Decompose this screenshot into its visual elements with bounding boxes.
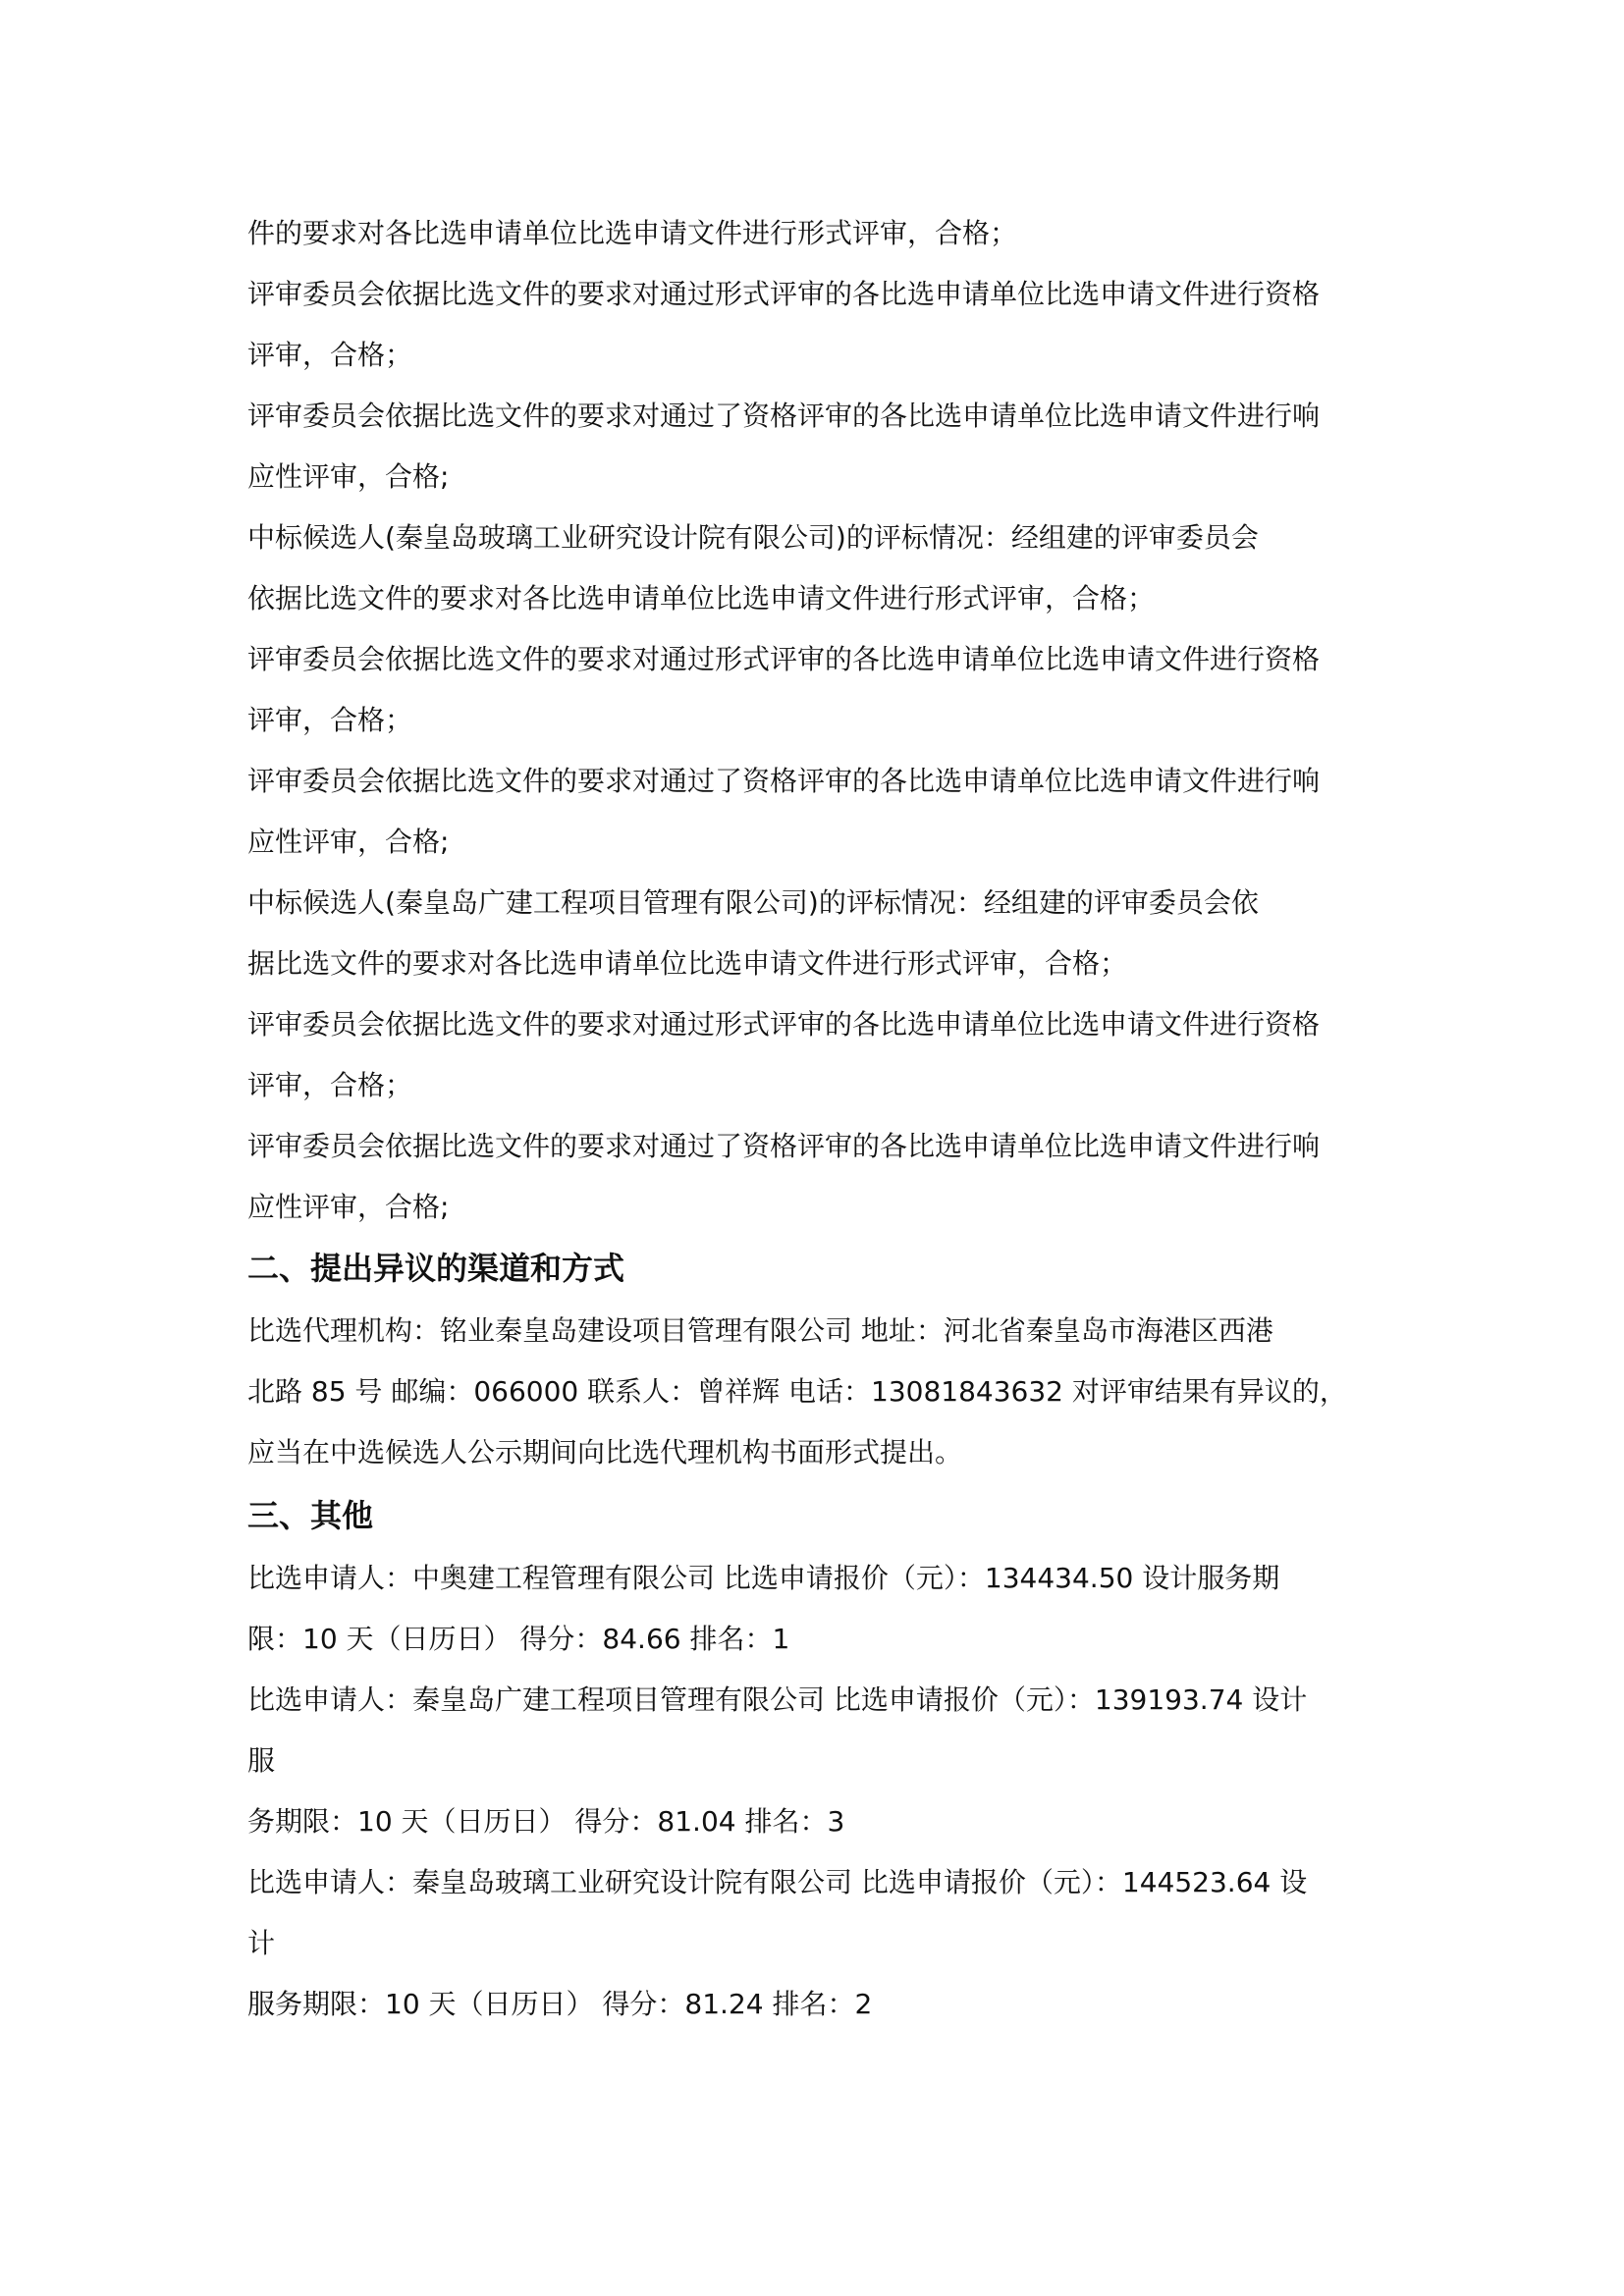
document-page: 件的要求对各比选申请单位比选申请文件进行形式评审，合格； 评审委员会依据比选文件… (0, 0, 1624, 2296)
paragraph-line: 比选代理机构：铭业秦皇岛建设项目管理有限公司 地址：河北省秦皇岛市海港区西港 (247, 1311, 1273, 1351)
paragraph-line: 应性评审，合格; (247, 1188, 449, 1227)
paragraph-line: 比选申请人：秦皇岛玻璃工业研究设计院有限公司 比选申请报价（元）：144523.… (247, 1863, 1307, 1902)
paragraph-line: 应当在中选候选人公示期间向比选代理机构书面形式提出。 (247, 1433, 962, 1472)
paragraph-line: 依据比选文件的要求对各比选申请单位比选申请文件进行形式评审，合格； (247, 579, 1155, 618)
paragraph-line: 应性评审，合格; (247, 823, 449, 862)
section-heading-other: 三、其他 (247, 1494, 373, 1537)
paragraph-line: 服务期限：10 天（日历日） 得分：81.24 排名：2 (247, 1985, 872, 2024)
paragraph-line: 评审，合格； (247, 1066, 412, 1105)
paragraph-line: 评审，合格； (247, 336, 412, 375)
paragraph-line: 务期限：10 天（日历日） 得分：81.04 排名：3 (247, 1802, 844, 1842)
paragraph-line: 评审，合格； (247, 701, 412, 740)
paragraph-line: 评审委员会依据比选文件的要求对通过形式评审的各比选申请单位比选申请文件进行资格 (247, 275, 1320, 314)
paragraph-line: 比选申请人：秦皇岛广建工程项目管理有限公司 比选申请报价（元）：139193.7… (247, 1681, 1307, 1720)
paragraph-line: 评审委员会依据比选文件的要求对通过形式评审的各比选申请单位比选申请文件进行资格 (247, 640, 1320, 679)
paragraph-line: 评审委员会依据比选文件的要求对通过了资格评审的各比选申请单位比选申请文件进行响 (247, 1127, 1320, 1166)
paragraph-line: 件的要求对各比选申请单位比选申请文件进行形式评审，合格； (247, 214, 1017, 253)
paragraph-line: 应性评审，合格; (247, 457, 449, 497)
paragraph-line: 评审委员会依据比选文件的要求对通过形式评审的各比选申请单位比选申请文件进行资格 (247, 1005, 1320, 1044)
section-heading-objection-channels: 二、提出异议的渠道和方式 (247, 1247, 624, 1290)
paragraph-line: 计 (247, 1924, 275, 1963)
paragraph-line: 评审委员会依据比选文件的要求对通过了资格评审的各比选申请单位比选申请文件进行响 (247, 397, 1320, 436)
paragraph-line: 服 (247, 1741, 275, 1781)
paragraph-line: 中标候选人(秦皇岛玻璃工业研究设计院有限公司)的评标情况：经组建的评审委员会 (247, 518, 1259, 558)
paragraph-line: 据比选文件的要求对各比选申请单位比选申请文件进行形式评审，合格； (247, 944, 1127, 984)
paragraph-line: 限：10 天（日历日） 得分：84.66 排名：1 (247, 1620, 789, 1659)
paragraph-line: 北路 85 号 邮编：066000 联系人：曾祥辉 电话：13081843632… (247, 1372, 1347, 1412)
paragraph-line: 比选申请人：中奥建工程管理有限公司 比选申请报价（元）：134434.50 设计… (247, 1559, 1279, 1598)
paragraph-line: 中标候选人(秦皇岛广建工程项目管理有限公司)的评标情况：经组建的评审委员会依 (247, 883, 1259, 923)
paragraph-line: 评审委员会依据比选文件的要求对通过了资格评审的各比选申请单位比选申请文件进行响 (247, 762, 1320, 801)
